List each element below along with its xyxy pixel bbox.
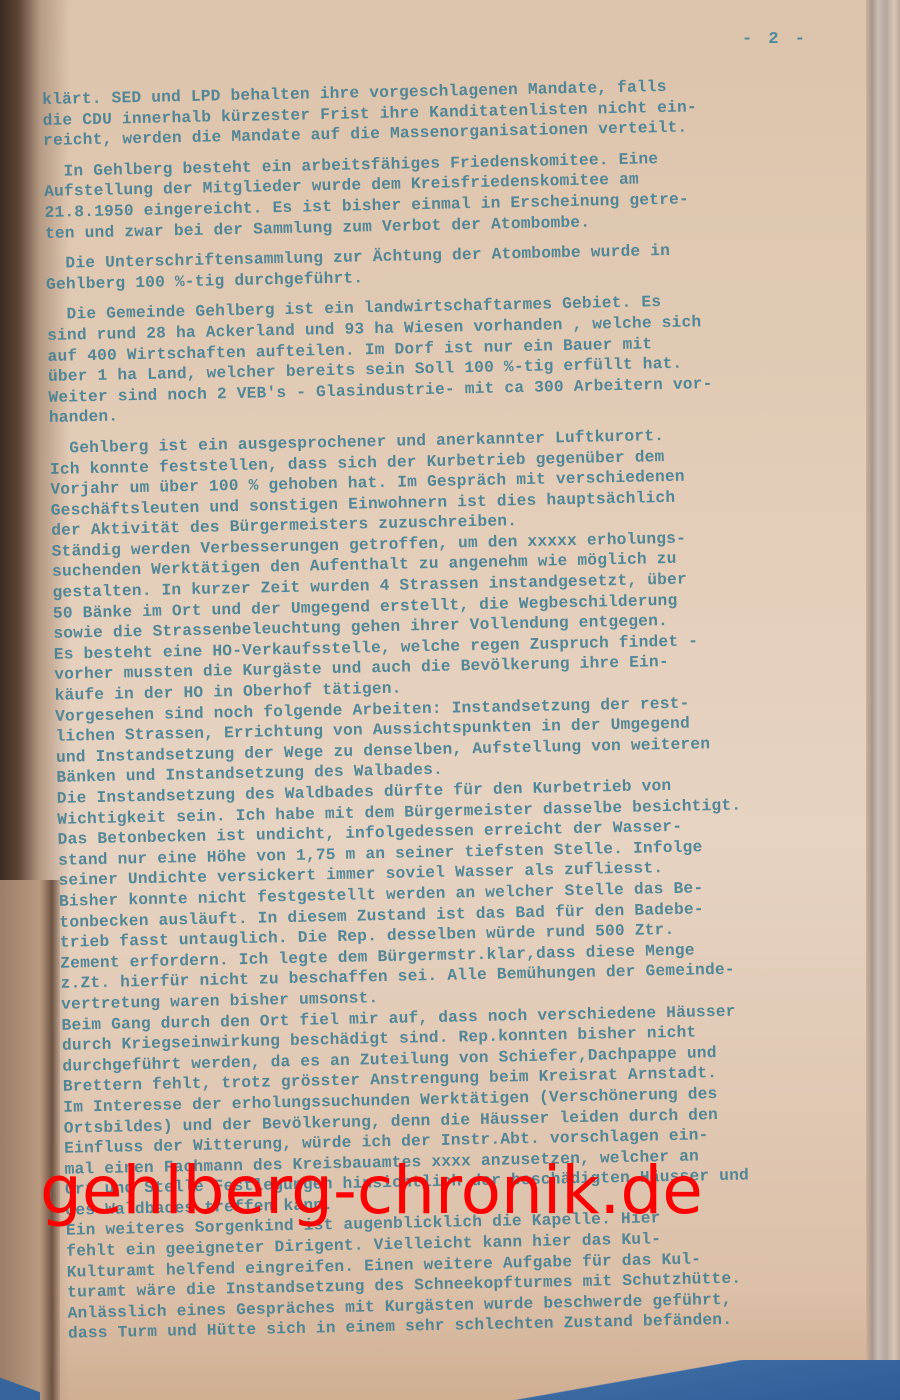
page-binding-shadow	[0, 880, 60, 1400]
paragraph: Die Gemeinde Gehlberg ist ein landwirtsc…	[47, 288, 869, 429]
paragraph: In Gehlberg besteht ein arbeitsfähiges F…	[44, 145, 866, 245]
background-surface-left	[0, 1360, 40, 1400]
background-surface	[480, 1360, 900, 1400]
page-number: - 2 -	[742, 30, 808, 49]
watermark-text: gehlberg-chronik.de	[40, 1152, 703, 1229]
